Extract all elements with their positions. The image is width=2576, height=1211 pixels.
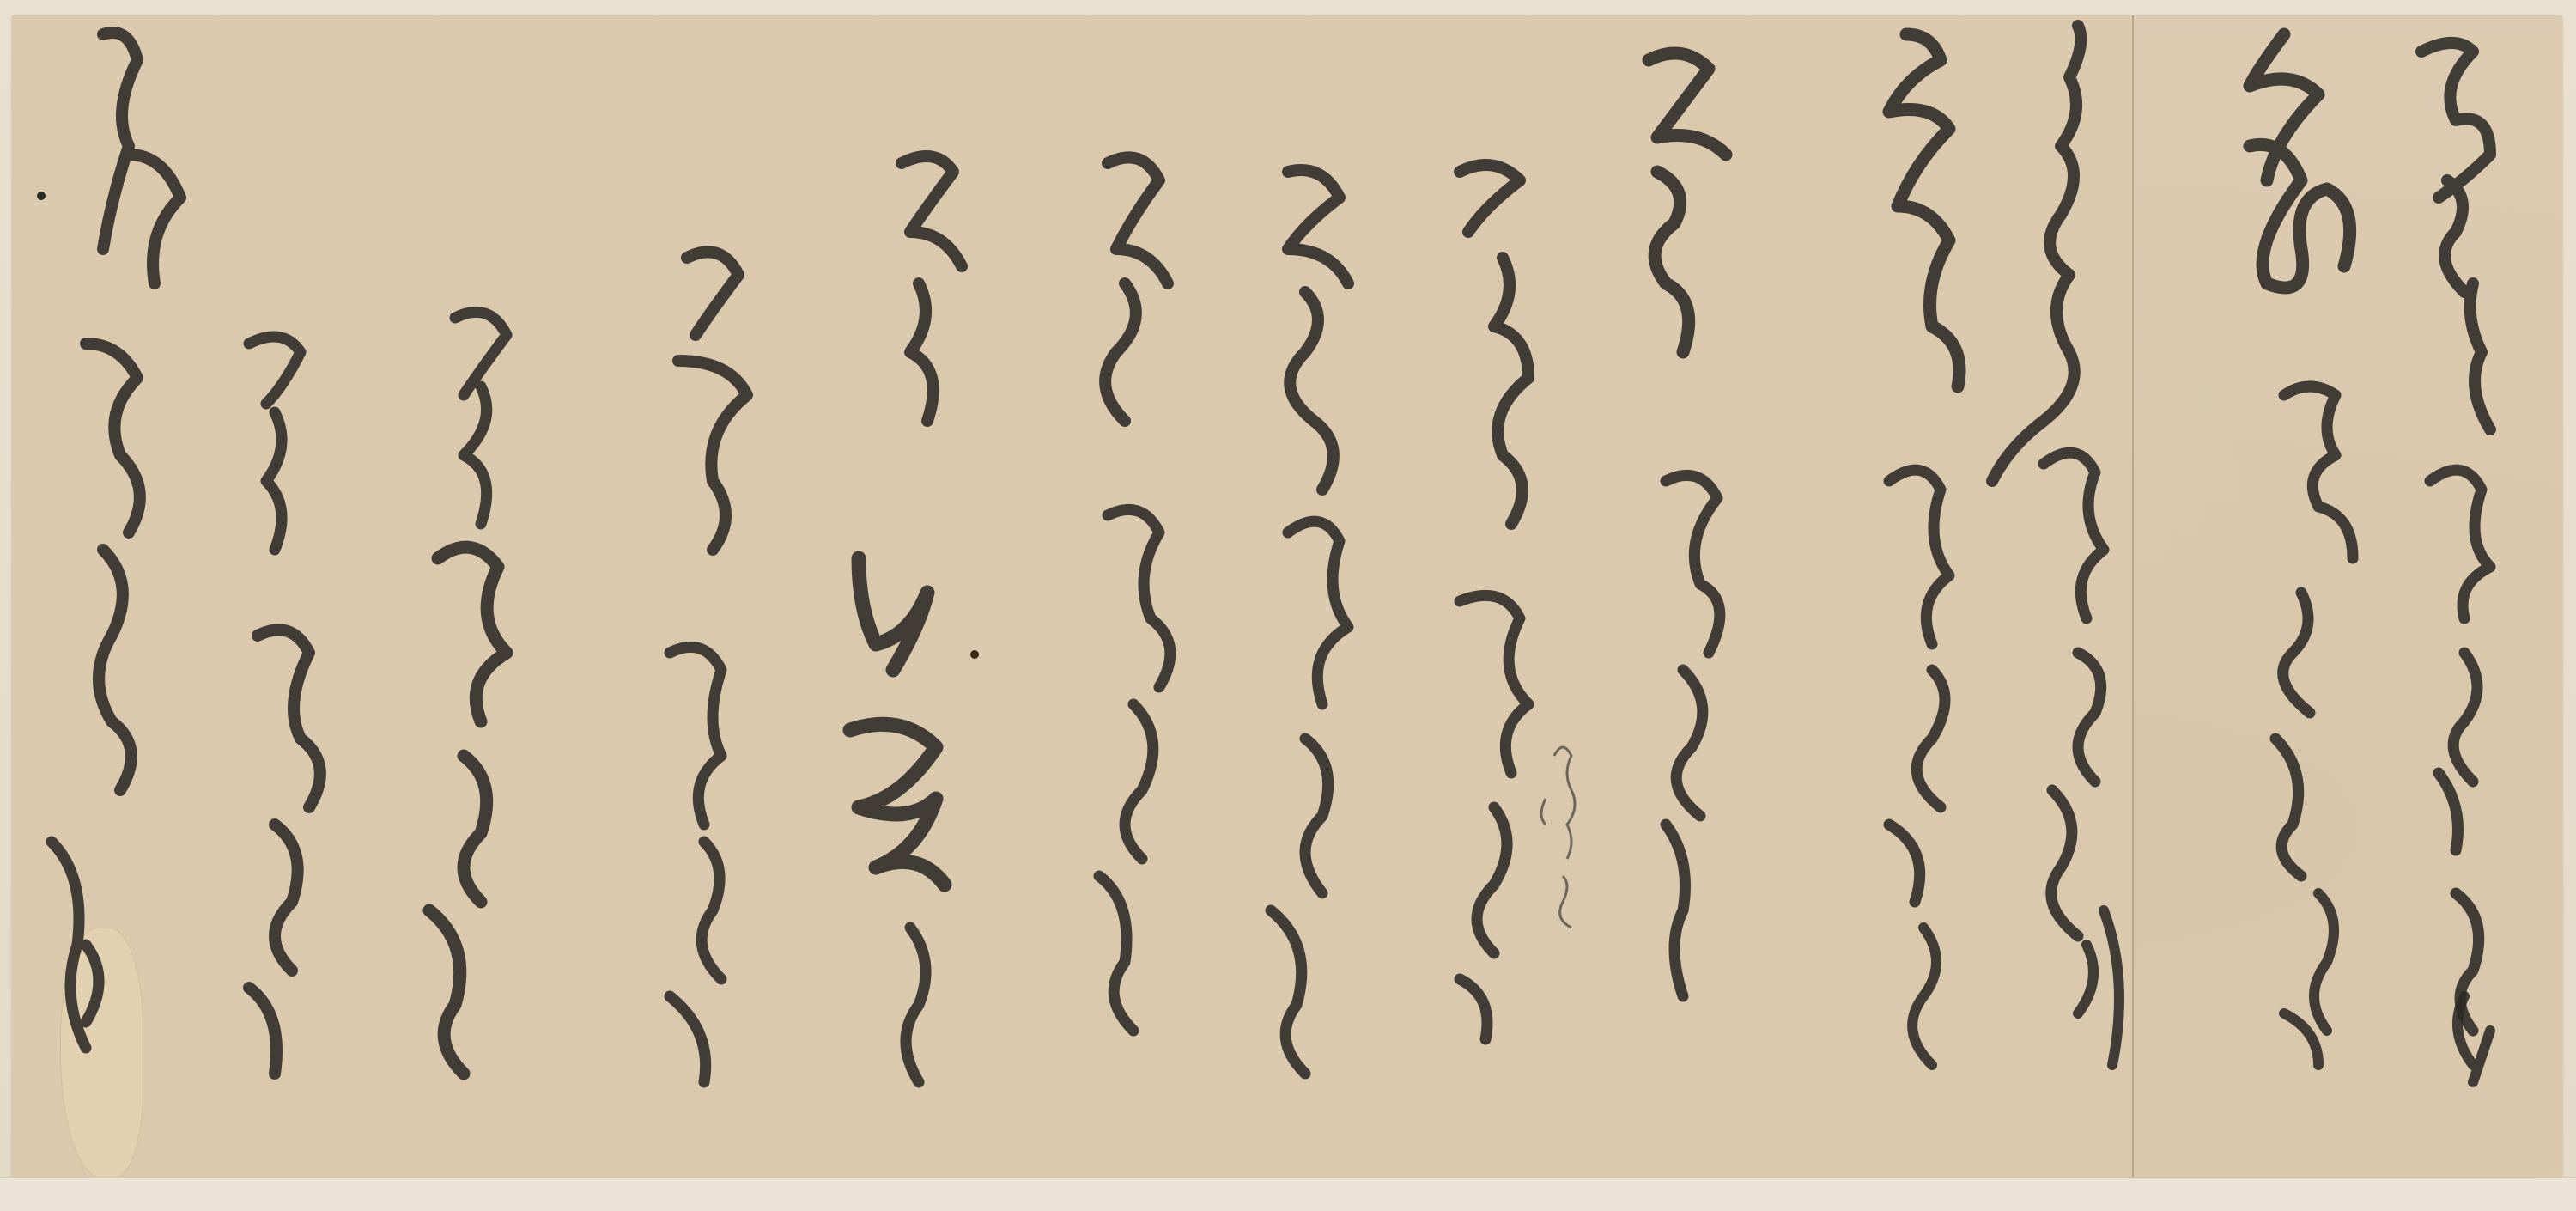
calligraphy-column-1	[2421, 43, 2490, 1082]
calligraphy-column-6	[1460, 165, 1528, 1039]
calligraphy-column-9	[850, 156, 962, 1082]
calligraphy-ink-layer	[0, 0, 2576, 1211]
calligraphy-column-2	[2250, 34, 2353, 1065]
calligraphy-column-3	[1992, 26, 2119, 1065]
ink-dot	[970, 650, 979, 659]
calligraphy-column-13	[37, 33, 180, 1048]
marginal-annotation	[1541, 747, 1575, 928]
ink-dot	[37, 192, 46, 200]
calligraphy-column-4	[1889, 34, 1959, 1065]
calligraphy-column-5	[1649, 53, 1726, 996]
calligraphy-column-10	[670, 252, 747, 1082]
calligraphy-column-12	[249, 337, 320, 1074]
calligraphy-column-11	[429, 312, 507, 1074]
calligraphy-column-7	[1271, 170, 1348, 1074]
calligraphy-column-8	[1099, 157, 1170, 1031]
